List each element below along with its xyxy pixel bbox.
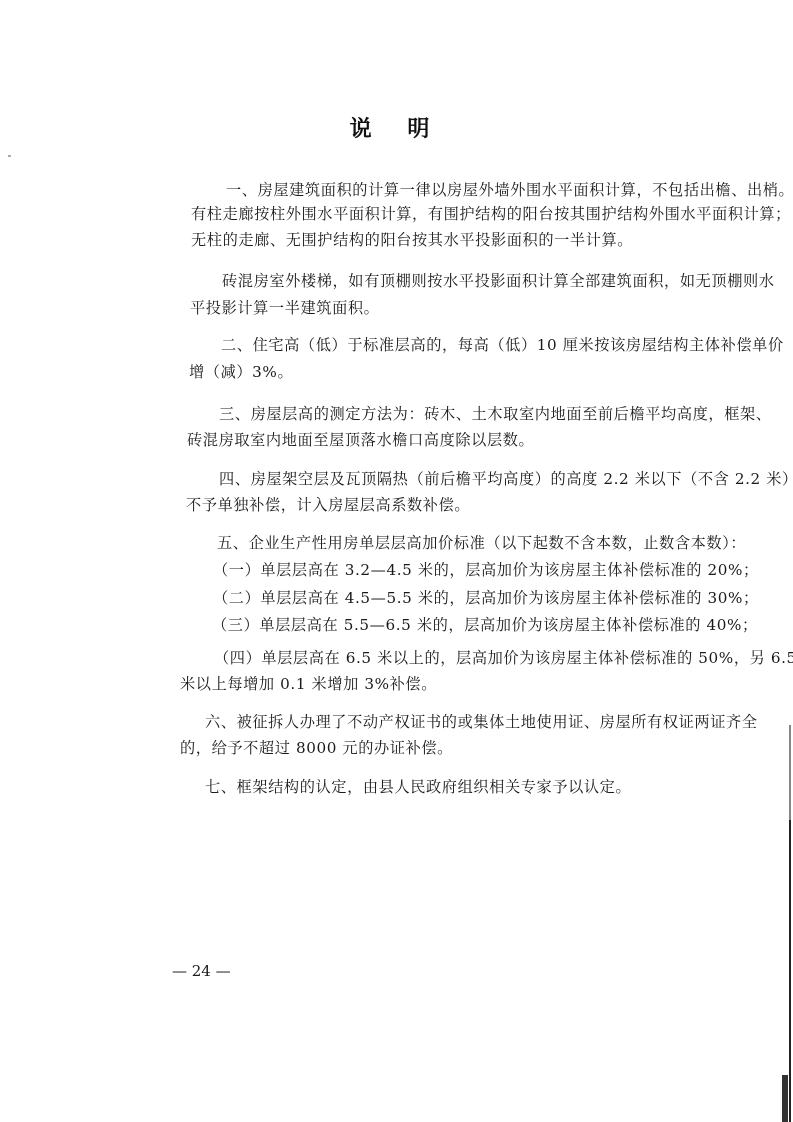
paragraph-line: 有柱走廊按柱外围水平面积计算，有围护结构的阳台按其围护结构外围水平面积计算； (191, 204, 791, 224)
paragraph-line: 二、住宅高（低）于标准层高的，每高（低）10 厘米按该房屋结构主体补偿单价 (221, 335, 784, 355)
page-title: 说 明 (0, 112, 793, 143)
paragraph-line: 增（减）3%。 (189, 362, 293, 382)
scan-speck (8, 155, 11, 157)
paragraph-line: 一、房屋建筑面积的计算一律以房屋外墙外围水平面积计算，不包括出檐、出梢。 (226, 180, 793, 200)
list-item-line: （三）单层层高在 5.5—6.5 米的，层高加价为该房屋主体补偿标准的 40%； (212, 615, 758, 635)
page-number: — 24 — (172, 962, 231, 980)
list-item-line: 米以上每增加 0.1 米增加 3%补偿。 (180, 674, 437, 694)
paragraph-line: 三、房屋层高的测定方法为：砖木、土木取室内地面至前后檐平均高度，框架、 (219, 404, 772, 424)
paragraph-line: 四、房屋架空层及瓦顶隔热（前后檐平均高度）的高度 2.2 米以下（不含 2.2 … (219, 469, 793, 489)
paragraph-line: 平投影计算一半建筑面积。 (190, 298, 379, 318)
scan-edge-line (789, 820, 791, 1122)
paragraph-line: 砖混房室外楼梯，如有顶棚则按水平投影面积计算全部建筑面积，如无顶棚则水 (222, 271, 775, 291)
paragraph-line: 无柱的走廊、无围护结构的阳台按其水平投影面积的一半计算。 (191, 230, 633, 250)
paragraph-line: 的，给予不超过 8000 元的办证补偿。 (180, 738, 453, 758)
scan-edge-mark (782, 1075, 788, 1122)
list-item-line: （二）单层层高在 4.5—5.5 米的，层高加价为该房屋主体补偿标准的 30%； (213, 588, 759, 608)
paragraph-line: 六、被征拆人办理了不动产权证书的或集体土地使用证、房屋所有权证两证齐全 (205, 712, 758, 732)
paragraph-line: 不予单独补偿，计入房屋层高系数补偿。 (186, 495, 470, 515)
paragraph-line: 砖混房取室内地面至屋顶落水檐口高度除以层数。 (187, 430, 534, 450)
paragraph-line: 五、企业生产性用房单层层高加价标准（以下起数不含本数，止数含本数）： (217, 533, 746, 553)
list-item-line: （四）单层层高在 6.5 米以上的，层高加价为该房屋主体补偿标准的 50%，另 … (214, 648, 793, 668)
paragraph-line: 七、框架结构的认定，由县人民政府组织相关专家予以认定。 (205, 777, 631, 797)
list-item-line: （一）单层层高在 3.2—4.5 米的，层高加价为该房屋主体补偿标准的 20%； (213, 560, 759, 580)
